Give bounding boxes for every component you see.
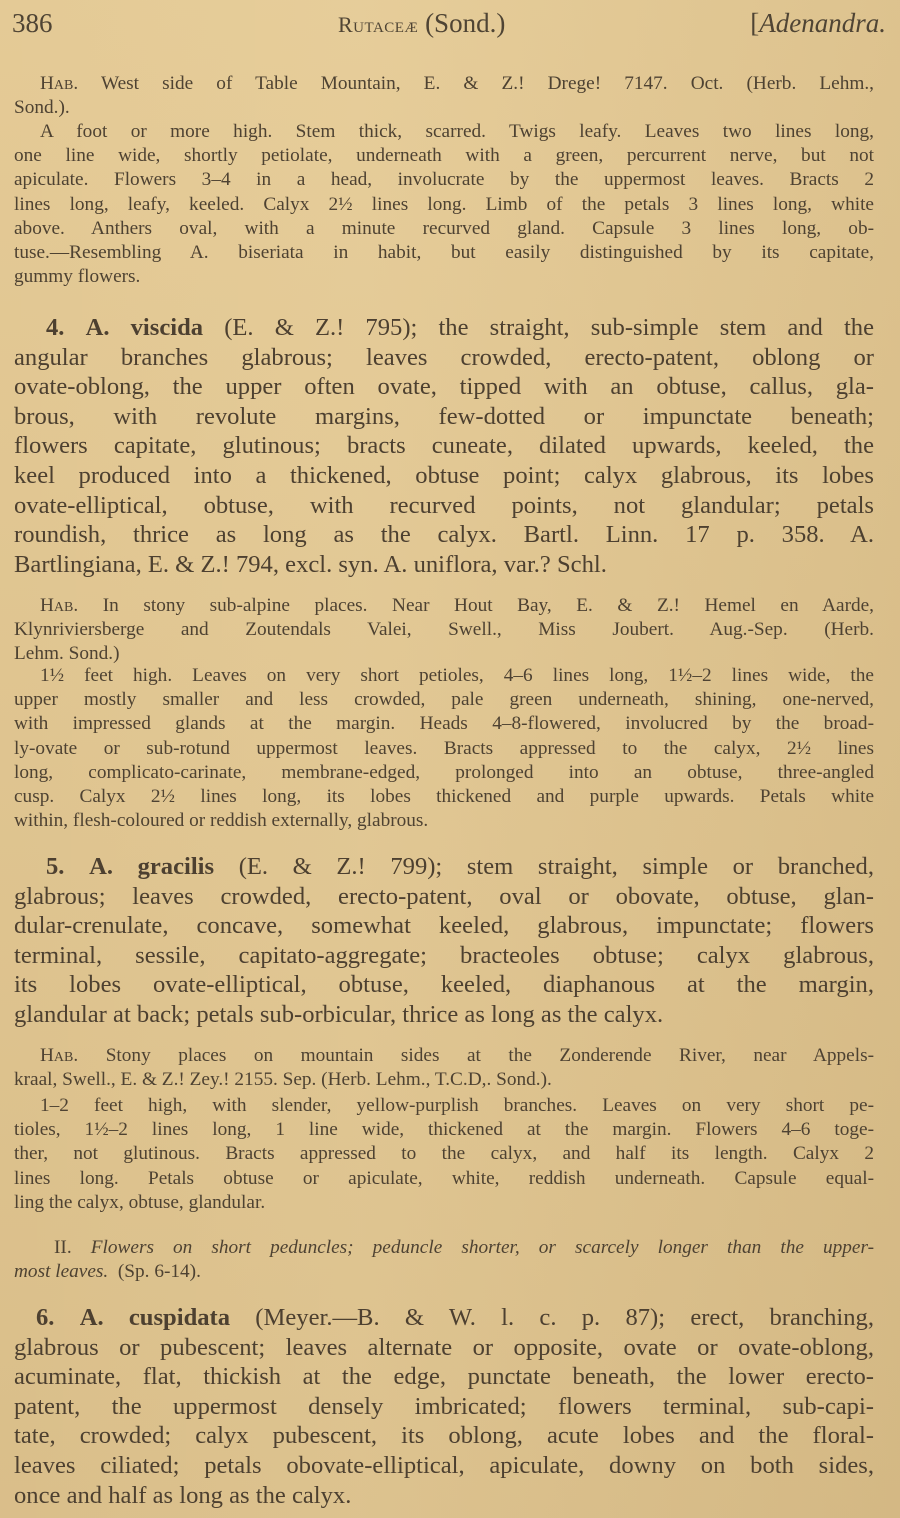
family-name: Rutaceæ (338, 12, 418, 37)
section-ii-heading: II. Flowers on short peduncles; peduncle… (14, 1236, 874, 1284)
habitat-label: Hab. (40, 73, 78, 94)
description-line: Bartlingiana, E. & Z.! 794, excl. syn. A… (14, 550, 874, 580)
species-5-notes: 1–2 feet high, with slender, yellow-purp… (14, 1094, 874, 1215)
notes-line: tioles, 1½–2 lines long, 1 line wide, th… (14, 1118, 874, 1142)
notes-line: within, flesh-coloured or reddish extern… (14, 809, 874, 833)
section-numeral: II. (54, 1237, 72, 1258)
genus-bracket: [ (750, 8, 759, 38)
description-line: 4. A. viscida (E. & Z.! 795); the straig… (14, 313, 874, 343)
species-name: A. viscida (86, 314, 203, 341)
notes-line: one line wide, shortly petiolate, undern… (14, 144, 874, 168)
species-6-description: 6. A. cuspidata (Meyer.—B. & W. l. c. p.… (14, 1303, 874, 1510)
description-line: angular branches glabrous; leaves crowde… (14, 343, 874, 373)
notes-line: ther, not glutinous. Bracts appressed to… (14, 1142, 874, 1166)
description-line: patent, the uppermost densely imbricated… (14, 1392, 874, 1422)
species-4-description: 4. A. viscida (E. & Z.! 795); the straig… (14, 313, 874, 579)
description-line: acuminate, flat, thickish at the edge, p… (14, 1362, 874, 1392)
species-name: A. cuspidata (80, 1304, 230, 1331)
description-line: ovate-oblong, the upper often ovate, tip… (14, 372, 874, 402)
species-number: 6. (36, 1304, 54, 1331)
section-line: II. Flowers on short peduncles; peduncle… (14, 1236, 874, 1260)
notes-line: with impressed glands at the margin. Hea… (14, 712, 874, 736)
notes-line: ly-ovate or sub-rotund uppermost leaves.… (14, 737, 874, 761)
habitat-line: Sond.). (14, 96, 874, 120)
notes-line: tuse.—Resembling A. biseriata in habit, … (14, 241, 874, 265)
section-line: most leaves. (Sp. 6-14). (14, 1260, 874, 1284)
description-line: ovate-elliptical, obtuse, with recurved … (14, 491, 874, 521)
species-5-habitat: Hab. Stony places on mountain sides at t… (14, 1044, 874, 1092)
description-line: glabrous; leaves crowded, erecto-patent,… (14, 882, 874, 912)
species-range: (Sp. 6-14). (118, 1261, 201, 1282)
notes-line: 1–2 feet high, with slender, yellow-purp… (14, 1094, 874, 1118)
species-5-description: 5. A. gracilis (E. & Z.! 799); stem stra… (14, 852, 874, 1030)
species-name: A. gracilis (89, 853, 214, 880)
genus-name: Adenandra. (759, 8, 886, 38)
notes-line: lines long, leafy, keeled. Calyx 2½ line… (14, 193, 874, 217)
description-line: leaves ciliated; petals obovate-elliptic… (14, 1451, 874, 1481)
notes-line: A foot or more high. Stem thick, scarred… (14, 120, 874, 144)
description-line: roundish, thrice as long as the calyx. B… (14, 520, 874, 550)
family-authority: (Sond.) (418, 8, 505, 38)
description-line: 5. A. gracilis (E. & Z.! 799); stem stra… (14, 852, 874, 882)
description-line: keel produced into a thickened, obtuse p… (14, 461, 874, 491)
running-genus: [Adenandra. (750, 8, 886, 39)
notes-line: cusp. Calyx 2½ lines long, its lobes thi… (14, 785, 874, 809)
description-line: once and half as long as the calyx. (14, 1481, 874, 1511)
notes-line: apiculate. Flowers 3–4 in a head, involu… (14, 168, 874, 192)
species-number: 4. (46, 314, 64, 341)
notes-line: upper mostly smaller and less crowded, p… (14, 688, 874, 712)
habitat-label: Hab. (40, 595, 78, 616)
species-number: 5. (46, 853, 64, 880)
description-line: dular-crenulate, concave, somewhat keele… (14, 911, 874, 941)
species-3-habitat: Hab. West side of Table Mountain, E. & Z… (14, 72, 874, 120)
description-line: brous, with revolute margins, few-dotted… (14, 402, 874, 432)
species-4-habitat: Hab. In stony sub-alpine places. Near Ho… (14, 594, 874, 667)
page-header: 386 Rutaceæ (Sond.) [Adenandra. (12, 8, 886, 42)
habitat-line: Lehm. Sond.) (14, 642, 874, 666)
notes-line: lines long. Petals obtuse or apiculate, … (14, 1167, 874, 1191)
page-number: 386 (12, 8, 53, 39)
notes-line: above. Anthers oval, with a minute recur… (14, 217, 874, 241)
description-line: its lobes ovate-elliptical, obtuse, keel… (14, 970, 874, 1000)
habitat-line: Hab. West side of Table Mountain, E. & Z… (14, 72, 874, 96)
habitat-line: Klynriviersberge and Zoutendals Valei, S… (14, 618, 874, 642)
description-line: glandular at back; petals sub-orbicular,… (14, 1000, 874, 1030)
notes-line: long, complicato-carinate, membrane-edge… (14, 761, 874, 785)
notes-line: ling the calyx, obtuse, glandular. (14, 1191, 874, 1215)
habitat-line: kraal, Swell., E. & Z.! Zey.! 2155. Sep.… (14, 1068, 874, 1092)
description-line: 6. A. cuspidata (Meyer.—B. & W. l. c. p.… (14, 1303, 874, 1333)
description-line: tate, crowded; calyx pubescent, its oblo… (14, 1421, 874, 1451)
habitat-label: Hab. (40, 1045, 78, 1066)
description-line: glabrous or pubescent; leaves alternate … (14, 1333, 874, 1363)
description-line: terminal, sessile, capitato-aggregate; b… (14, 941, 874, 971)
species-3-notes: A foot or more high. Stem thick, scarred… (14, 120, 874, 289)
habitat-line: Hab. In stony sub-alpine places. Near Ho… (14, 594, 874, 618)
book-page: 386 Rutaceæ (Sond.) [Adenandra. Hab. Wes… (0, 0, 900, 1518)
running-title: Rutaceæ (Sond.) (338, 8, 505, 39)
notes-line: gummy flowers. (14, 265, 874, 289)
species-4-notes: 1½ feet high. Leaves on very short petio… (14, 664, 874, 833)
description-line: flowers capitate, glutinous; bracts cune… (14, 431, 874, 461)
notes-line: 1½ feet high. Leaves on very short petio… (14, 664, 874, 688)
habitat-line: Hab. Stony places on mountain sides at t… (14, 1044, 874, 1068)
